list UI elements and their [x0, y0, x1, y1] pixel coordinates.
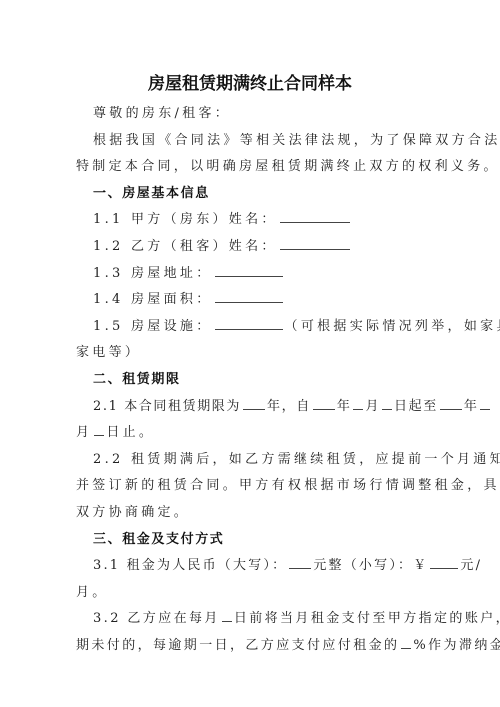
lease-term-text-8: 日止。	[106, 425, 155, 440]
address-row: 1.3 房屋地址：	[76, 261, 428, 288]
rent-lowercase-blank[interactable]	[430, 556, 458, 569]
address-blank[interactable]	[215, 264, 283, 277]
document-page: 房屋租赁期满终止合同样本 尊敬的房东/租客： 根据我国《合同法》等相关法律法规，…	[0, 0, 500, 707]
renewal-line-1: 2.2 租赁期满后，如乙方需继续租赁，应提前一个月通知甲方，	[76, 447, 428, 474]
renewal-line-3: 双方协商确定。	[76, 500, 428, 527]
lease-term-text-7: 月	[76, 425, 92, 440]
facilities-label: 1.5 房屋设施：	[93, 319, 213, 334]
section-2-heading: 二、租赁期限	[76, 367, 428, 394]
landlord-name-blank[interactable]	[280, 210, 350, 223]
payment-text-4: %作为滞纳金。	[413, 638, 500, 653]
rent-amount-text-2: 元整（小写）：￥	[313, 558, 428, 573]
landlord-name-label: 1.1 甲方（房东）姓名：	[93, 212, 278, 227]
section-1-heading: 一、房屋基本信息	[76, 181, 428, 208]
lease-term-text-2: 年，自	[267, 399, 311, 414]
start-year-blank[interactable]	[313, 397, 335, 410]
start-month-blank[interactable]	[353, 397, 363, 410]
rent-amount-row: 3.1 租金为人民币（大写）：元整（小写）：￥元/	[76, 553, 428, 580]
payment-day-blank[interactable]	[222, 609, 232, 622]
section-3-heading: 三、租金及支付方式	[76, 527, 428, 554]
payment-row-2: 期未付的，每逾期一日，乙方应支付应付租金的%作为滞纳金。	[76, 633, 428, 660]
facilities-row: 1.5 房屋设施：（可根据实际情况列举，如家具、	[76, 314, 428, 341]
lease-term-text-3: 年	[337, 399, 352, 414]
facilities-blank[interactable]	[215, 317, 283, 330]
rent-amount-text-3: 元/	[460, 558, 482, 573]
end-month-blank[interactable]	[480, 397, 490, 410]
renewal-line-2: 并签订新的租赁合同。甲方有权根据市场行情调整租金，具体租金	[76, 473, 428, 500]
end-year-blank[interactable]	[440, 397, 462, 410]
start-day-blank[interactable]	[382, 397, 392, 410]
document-body: 尊敬的房东/租客： 根据我国《合同法》等相关法律法规，为了保障双方合法权益， 特…	[76, 101, 428, 659]
lease-term-text-5: 日起至	[394, 399, 438, 414]
facilities-note-line-2: 家电等）	[76, 340, 428, 367]
address-label: 1.3 房屋地址：	[93, 266, 213, 281]
area-label: 1.4 房屋面积：	[93, 292, 213, 307]
intro-line-1: 根据我国《合同法》等相关法律法规，为了保障双方合法权益，	[76, 128, 428, 155]
landlord-name-row: 1.1 甲方（房东）姓名：	[76, 207, 428, 234]
end-day-blank[interactable]	[94, 423, 104, 436]
intro-line-2: 特制定本合同，以明确房屋租赁期满终止双方的权利义务。	[76, 154, 428, 181]
payment-row-1: 3.2 乙方应在每月日前将当月租金支付至甲方指定的账户，逾	[76, 606, 428, 633]
area-row: 1.4 房屋面积：	[76, 287, 428, 314]
rent-amount-text-1: 3.1 租金为人民币（大写）：	[93, 558, 287, 573]
tenant-name-label: 1.2 乙方（租客）姓名：	[93, 239, 278, 254]
lease-term-text-6: 年	[464, 399, 479, 414]
lease-term-text-4: 月	[365, 399, 380, 414]
document-title: 房屋租赁期满终止合同样本	[0, 72, 500, 96]
lease-term-row-2: 月日止。	[76, 420, 428, 447]
facilities-note: （可根据实际情况列举，如家具、	[285, 319, 500, 334]
lease-term-row: 2.1 本合同租赁期限为年，自年月日起至年	[76, 394, 428, 421]
rent-uppercase-blank[interactable]	[289, 556, 311, 569]
payment-text-1: 3.2 乙方应在每月	[93, 611, 220, 626]
lease-term-text-1: 2.1 本合同租赁期限为	[93, 399, 241, 414]
payment-text-3: 期未付的，每逾期一日，乙方应支付应付租金的	[76, 638, 399, 653]
area-blank[interactable]	[215, 290, 283, 303]
late-fee-percent-blank[interactable]	[401, 636, 411, 649]
tenant-name-row: 1.2 乙方（租客）姓名：	[76, 234, 428, 261]
payment-text-2: 日前将当月租金支付至甲方指定的账户，逾	[234, 611, 500, 626]
lease-years-blank[interactable]	[243, 397, 265, 410]
rent-amount-row-2: 月。	[76, 580, 428, 607]
tenant-name-blank[interactable]	[280, 237, 350, 250]
salutation: 尊敬的房东/租客：	[76, 101, 428, 128]
